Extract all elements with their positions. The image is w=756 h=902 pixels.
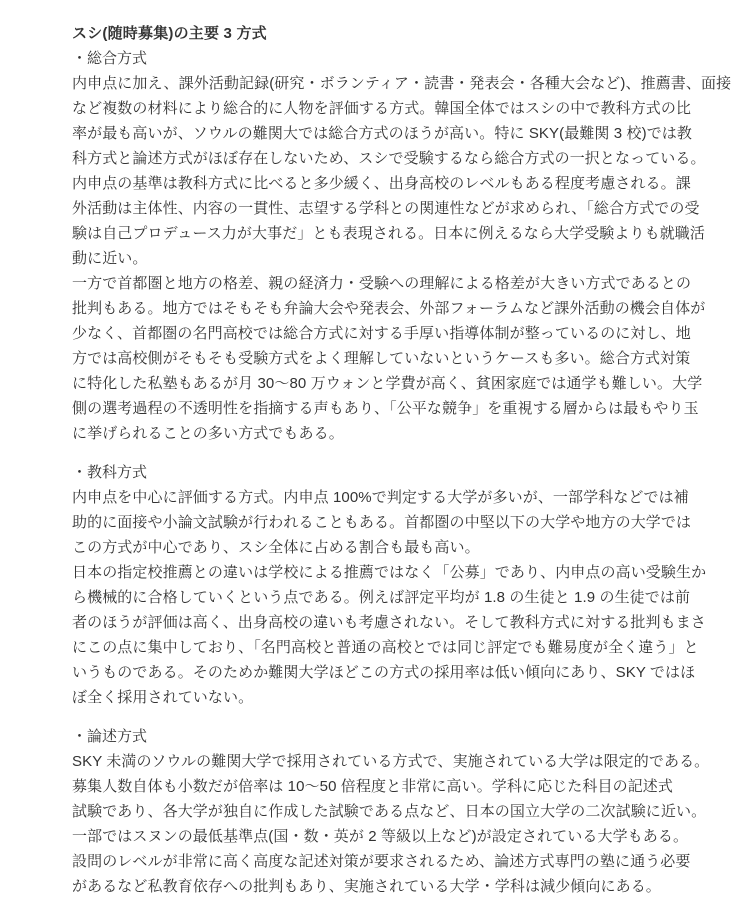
- text-line: 一部ではスヌンの最低基準点(国・数・英が 2 等級以上など)が設定されている大学…: [72, 824, 696, 849]
- document-section: ・論述方式SKY 未満のソウルの難関大学で採用されている方式で、実施されている大…: [72, 724, 696, 899]
- text-line: 内申点に加え、課外活動記録(研究・ボランティア・読書・発表会・各種大会など)、推…: [72, 71, 696, 96]
- document-section: ・総合方式内申点に加え、課外活動記録(研究・ボランティア・読書・発表会・各種大会…: [72, 46, 696, 446]
- text-line: 内申点を中心に評価する方式。内申点 100%で判定する大学が多いが、一部学科など…: [72, 485, 696, 510]
- text-line: 者のほうが評価は高く、出身高校の違いも考慮されない。そして教科方式に対する批判も…: [72, 610, 696, 635]
- text-line: 助的に面接や小論文試験が行われることもある。首都圏の中堅以下の大学や地方の大学で…: [72, 510, 696, 535]
- text-line: など複数の材料により総合的に人物を評価する方式。韓国全体ではスシの中で教科方式の…: [72, 96, 696, 121]
- text-line: 少なく、首都圏の名門高校では総合方式に対する手厚い指導体制が整っているのに対し、…: [72, 321, 696, 346]
- document-page: スシ(随時募集)の主要 3 方式 ・総合方式内申点に加え、課外活動記録(研究・ボ…: [0, 0, 756, 899]
- text-line: 動に近い。: [72, 246, 696, 271]
- text-line: 設問のレベルが非常に高く高度な記述対策が要求されるため、論述方式専門の塾に通う必…: [72, 849, 696, 874]
- text-line: ぼ全く採用されていない。: [72, 685, 696, 710]
- document-title: スシ(随時募集)の主要 3 方式: [72, 21, 696, 46]
- text-line: 験は自己プロデュース力が大事だ」とも表現される。日本に例えるなら大学受験よりも就…: [72, 221, 696, 246]
- section-heading: ・論述方式: [72, 724, 696, 749]
- text-line: 批判もある。地方ではそもそも弁論大会や発表会、外部フォーラムなど課外活動の機会自…: [72, 296, 696, 321]
- text-line: 科方式と論述方式がほぼ存在しないため、スシで受験するなら総合方式の一択となってい…: [72, 146, 696, 171]
- text-line: に特化した私塾もあるが月 30〜80 万ウォンと学費が高く、貧困家庭では通学も難…: [72, 371, 696, 396]
- text-line: いうものである。そのためか難関大学ほどこの方式の採用率は低い傾向にあり、SKY …: [72, 660, 696, 685]
- text-line: 一方で首都圏と地方の格差、親の経済力・受験への理解による格差が大きい方式であると…: [72, 271, 696, 296]
- text-line: 募集人数自体も小数だが倍率は 10〜50 倍程度と非常に高い。学科に応じた科目の…: [72, 774, 696, 799]
- text-line: に挙げられることの多い方式でもある。: [72, 421, 696, 446]
- text-line: SKY 未満のソウルの難関大学で採用されている方式で、実施されている大学は限定的…: [72, 749, 696, 774]
- text-line: 側の選考過程の不透明性を指摘する声もあり、「公平な競争」を重視する層からは最もや…: [72, 396, 696, 421]
- text-line: にこの点に集中しており、「名門高校と普通の高校とでは同じ評定でも難易度が全く違う…: [72, 635, 696, 660]
- section-heading: ・総合方式: [72, 46, 696, 71]
- document-section: ・教科方式内申点を中心に評価する方式。内申点 100%で判定する大学が多いが、一…: [72, 460, 696, 710]
- text-line: 内申点の基準は教科方式に比べると多少緩く、出身高校のレベルもある程度考慮される。…: [72, 171, 696, 196]
- text-line: ら機械的に合格していくという点である。例えば評定平均が 1.8 の生徒と 1.9…: [72, 585, 696, 610]
- document-body: ・総合方式内申点に加え、課外活動記録(研究・ボランティア・読書・発表会・各種大会…: [72, 46, 696, 899]
- text-line: 試験であり、各大学が独自に作成した試験である点など、日本の国立大学の二次試験に近…: [72, 799, 696, 824]
- text-line: 外活動は主体性、内容の一貫性、志望する学科との関連性などが求められ、「総合方式で…: [72, 196, 696, 221]
- text-line: 日本の指定校推薦との違いは学校による推薦ではなく「公募」であり、内申点の高い受験…: [72, 560, 696, 585]
- text-line: この方式が中心であり、スシ全体に占める割合も最も高い。: [72, 535, 696, 560]
- text-line: 方では高校側がそもそも受験方式をよく理解していないというケースも多い。総合方式対…: [72, 346, 696, 371]
- text-line: があるなど私教育依存への批判もあり、実施されている大学・学科は減少傾向にある。: [72, 874, 696, 899]
- section-heading: ・教科方式: [72, 460, 696, 485]
- text-line: 率が最も高いが、ソウルの難関大では総合方式のほうが高い。特に SKY(最難関 3…: [72, 121, 696, 146]
